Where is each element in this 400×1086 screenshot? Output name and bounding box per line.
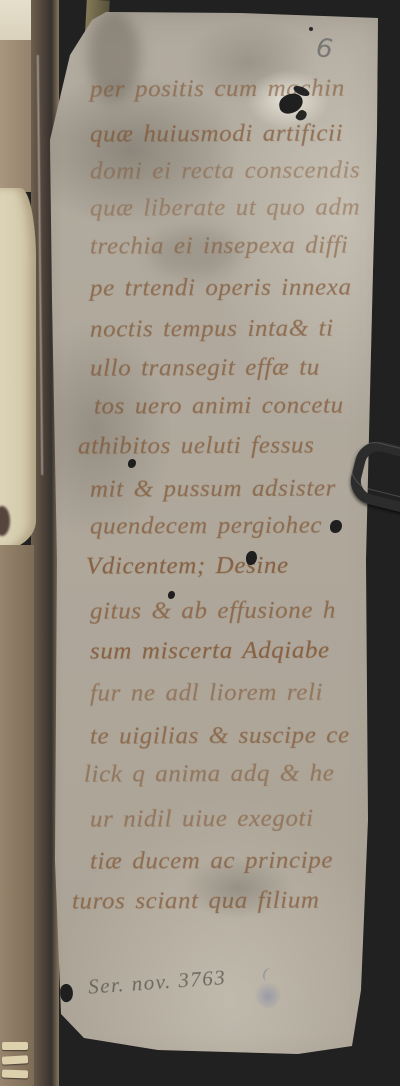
manuscript-line: pe trtendi operis innexa [90, 271, 400, 305]
sewing-stub [2, 1070, 28, 1079]
manuscript-photo: per positis cum machin quæ huiusmodi art… [0, 0, 400, 1086]
manuscript-line: quæ liberate ut quo adm [90, 191, 400, 225]
folio-number: 6 [312, 33, 337, 65]
wormhole [128, 459, 136, 468]
manuscript-line: fur ne adl liorem reli [90, 676, 400, 710]
sewing-stub [2, 1055, 28, 1064]
manuscript-line: domi ei recta conscendis [90, 154, 400, 188]
manuscript-line: quæ huiusmodi artificii [90, 117, 400, 151]
binding-leather-upper [0, 40, 33, 192]
parchment-leaf: per positis cum machin quæ huiusmodi art… [0, 0, 400, 1086]
ink-speck [309, 27, 313, 31]
manuscript-line: gitus & ab effusione h [90, 594, 400, 628]
manuscript-line: lick q anima adq & he [84, 757, 400, 791]
shelfmark: Ser. nov. 3763 [87, 965, 227, 1000]
manuscript-line: te uigilias & suscipe ce [90, 719, 400, 753]
gutter-crack-highlight [37, 55, 43, 475]
sewing-stub [2, 1042, 28, 1050]
manuscript-line: tos uero animi concetu [94, 389, 400, 423]
manuscript-line: per positis cum machin [90, 72, 400, 106]
manuscript-line: turos sciant qua filium [72, 884, 400, 918]
manuscript-line: tiæ ducem ac principe [90, 844, 400, 878]
manuscript-line: sum miscerta Adqiabe [90, 634, 400, 668]
library-stamp-icon [256, 982, 280, 1008]
binding-leather-lower [0, 545, 34, 1086]
manuscript-line: noctis tempus inta& ti [90, 312, 400, 346]
facing-leaf-edge [0, 0, 32, 44]
manuscript-line: Vdicentem; Desine [86, 549, 400, 583]
manuscript-line: trechia ei insepexa diffi [90, 229, 400, 263]
manuscript-line: ullo transegit effæ tu [90, 351, 400, 385]
guard-leaf [0, 188, 36, 550]
wormhole [58, 983, 74, 1003]
manuscript-line: ur nidil uiue exegoti [90, 802, 400, 836]
library-stamp-icon [261, 966, 277, 983]
guard-leaf-stain [0, 506, 10, 536]
book-clip [346, 438, 400, 516]
